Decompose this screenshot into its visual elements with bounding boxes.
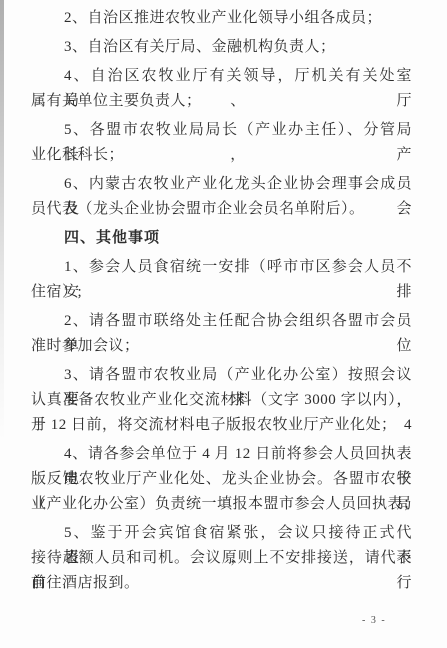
other-matters-item-3-line-2: 认真准备农牧业产业化交流材料（文字 3000 字以内），于 4 xyxy=(31,388,412,413)
scanned-document-page: { "page": { "background_color": "#fdfdfd… xyxy=(0,0,447,648)
attendees-item-6-line-2: 员代表（龙头企业协会盟市企业会员名单附后）。 xyxy=(31,197,412,222)
attendees-item-2: 2、自治区推进农牧业产业化领导小组各成员； xyxy=(31,6,412,31)
other-matters-item-4-line-2: 版反馈农牧业厅产业化处、龙头企业协会。各盟市农牧业局 xyxy=(31,467,412,492)
other-matters-item-1-line-1: 1、参会人员食宿统一安排（呼市市区参会人员不安排 xyxy=(31,255,412,280)
other-matters-item-3-line-1: 3、请各盟市农牧业局（产业化办公室）按照会议要求， xyxy=(31,363,412,388)
other-matters-item-5-line-2: 接待超额人员和司机。会议原则上不安排接送，请代表自行 xyxy=(31,546,412,571)
other-matters-item-3-line-3: 月 12 日前，将交流材料电子版报农牧业厅产业化处； xyxy=(31,413,412,438)
section-heading-other-matters: 四、其他事项 xyxy=(31,226,412,251)
scan-edge-shadow xyxy=(0,0,4,440)
other-matters-item-5-line-1: 5、鉴于开会宾馆食宿紧张，会议只接待正式代表，不 xyxy=(31,521,412,546)
attendees-item-3: 3、自治区有关厅局、金融机构负责人； xyxy=(31,35,412,60)
attendees-item-6-line-1: 6、内蒙古农牧业产业化龙头企业协会理事会成员及会 xyxy=(31,172,412,197)
page-number: - 3 - xyxy=(362,615,386,626)
attendees-item-5-line-1: 5、各盟市农牧业局局长（产业办主任）、分管局长，产 xyxy=(31,118,412,143)
attendees-item-4-line-1: 4、自治区农牧业厅有关领导，厅机关有关处室局、厅 xyxy=(31,64,412,89)
other-matters-item-4-line-3: （产业化办公室）负责统一填报本盟市参会人员回执表； xyxy=(31,492,412,517)
document-text-block: 2、自治区推进农牧业产业化领导小组各成员； 3、自治区有关厅局、金融机构负责人；… xyxy=(31,6,412,596)
other-matters-item-2-line-1: 2、请各盟市联络处主任配合协会组织各盟市会员单位 xyxy=(31,309,412,334)
other-matters-item-4-line-1: 4、请各参会单位于 4 月 12 日前将参会人员回执表电子 xyxy=(31,442,412,467)
